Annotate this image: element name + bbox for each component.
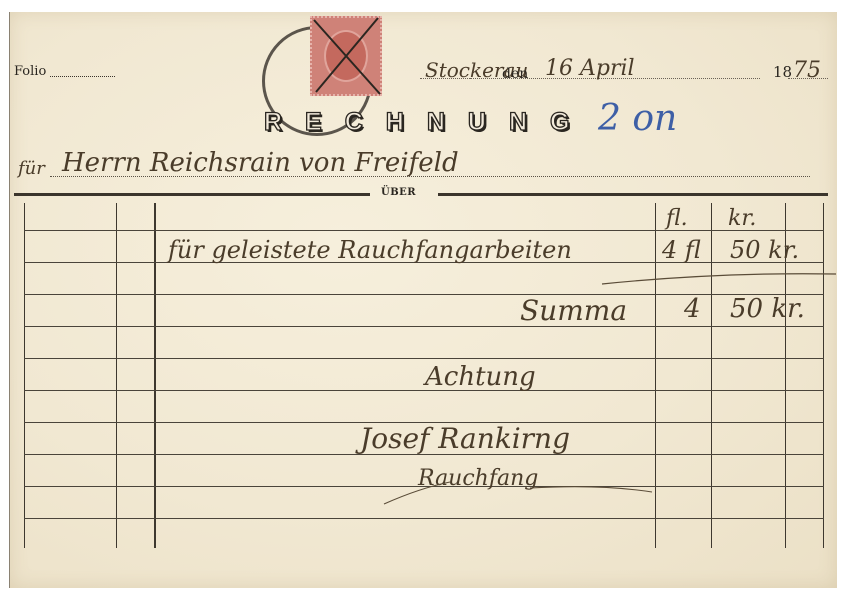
table-row-line bbox=[24, 390, 824, 391]
den-label: den bbox=[502, 66, 528, 82]
signature: Josef Rankirng bbox=[360, 422, 570, 455]
line-item-kreuzer: 50 kr. bbox=[730, 236, 799, 264]
total-underline bbox=[600, 268, 840, 288]
folio-label: Folio bbox=[14, 64, 46, 79]
table-row-line bbox=[24, 230, 824, 231]
recipient-prefix: für bbox=[18, 158, 45, 179]
year-handwritten: 75 bbox=[793, 58, 821, 83]
header-florin: fl. bbox=[666, 206, 688, 231]
year-dotted-line bbox=[788, 78, 828, 79]
line-item-description: für geleistete Rauchfangarbeiten bbox=[168, 236, 572, 264]
document-title: RECHNUNG bbox=[264, 108, 592, 137]
total-label: Summa bbox=[520, 294, 627, 327]
table-column-line bbox=[116, 203, 117, 548]
signature-flourish bbox=[380, 478, 660, 508]
blue-pencil-annotation: 2 on bbox=[598, 98, 677, 139]
table-column-line bbox=[823, 203, 824, 548]
place-dotted-line bbox=[420, 78, 470, 79]
total-kreuzer: 50 kr. bbox=[730, 294, 805, 324]
folio-dotted-line bbox=[50, 76, 115, 77]
table-column-line bbox=[711, 203, 712, 548]
recipient-name: Herrn Reichsrain von Freifeld bbox=[62, 148, 459, 178]
recipient-dotted-line bbox=[50, 176, 810, 177]
pen-cross-cancel-icon bbox=[310, 16, 382, 96]
table-column-line bbox=[154, 203, 156, 548]
header-rule-left bbox=[14, 193, 370, 196]
table-row-line bbox=[24, 294, 824, 295]
postage-stamp-icon bbox=[310, 16, 382, 96]
line-item-florin: 4 fl bbox=[662, 236, 701, 264]
table-column-line bbox=[24, 203, 25, 548]
total-florin: 4 bbox=[684, 294, 701, 324]
header-rule-right bbox=[438, 193, 828, 196]
ueber-label: ÜBER bbox=[381, 187, 416, 198]
closing-text: Achtung bbox=[425, 362, 536, 392]
table-row-line bbox=[24, 326, 824, 327]
table-row-line bbox=[24, 358, 824, 359]
date-handwritten: 16 April bbox=[545, 56, 635, 81]
header-kreuzer: kr. bbox=[728, 206, 756, 231]
table-row-line bbox=[24, 518, 824, 519]
